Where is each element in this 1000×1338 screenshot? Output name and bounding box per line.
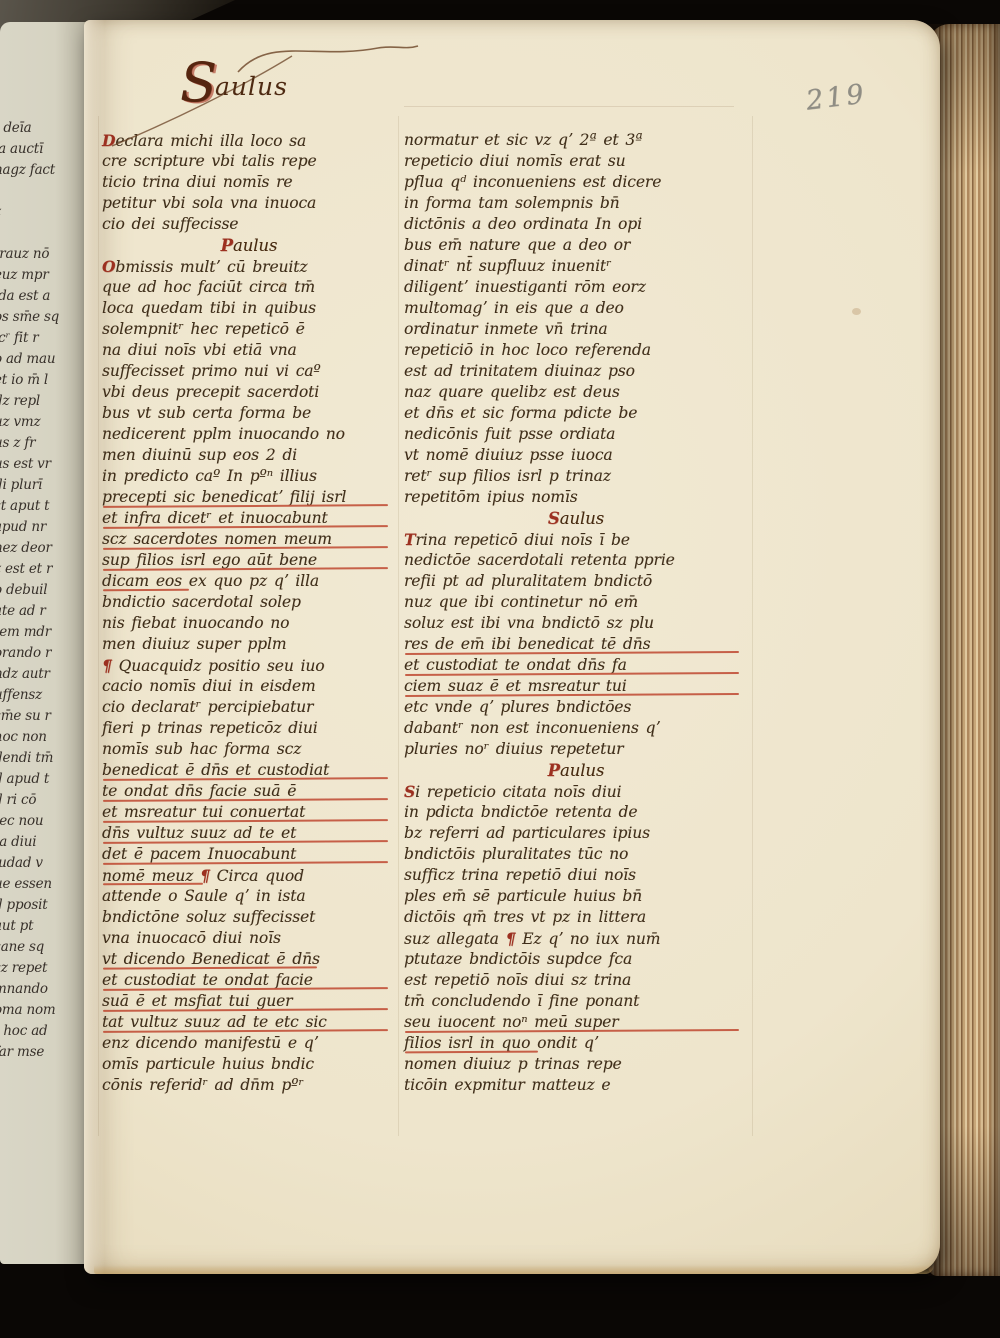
text-line: vt nomē diuiuz psse iuoca (404, 445, 748, 466)
text-line: suffecisset primo nui vi caº (102, 361, 396, 382)
header-initial-letter: S (180, 51, 217, 114)
text-line: et infra dicetʳ et inuocabunt (102, 508, 396, 529)
text-line: vna inuocacō diui noīs (102, 928, 396, 949)
text-line: bus vt sub certa forma be (102, 403, 396, 424)
text-line: Trina repeticō diui noīs ī be (404, 529, 748, 550)
text-line: pluries noʳ diuius repetetur (404, 739, 748, 760)
text-line: ciem suaz ē et msreatur tui (404, 676, 748, 697)
text-line: te ondat dn̄s facie suā ē (102, 781, 396, 802)
text-line: ¶ Quacquidz positio seu iuo (102, 655, 396, 676)
text-line: Declara michi illa loco sa (102, 130, 396, 151)
text-line: sup filios isrl ego aūt bene (102, 550, 396, 571)
text-line: nedicerent pplm inuocando no (102, 424, 396, 445)
text-line: scz sacerdotes nomen meum (102, 529, 396, 550)
text-line: cre scripture vbi talis repe (102, 151, 396, 172)
rubric-heading: Saulus (404, 508, 748, 529)
text-line: nuz que ibi continetur nō em̄ (404, 592, 748, 613)
text-line: solempnitʳ hec repeticō ē (102, 319, 396, 340)
text-line: bz referri ad particulares ipius (404, 823, 748, 844)
rubric-heading: Paulus (404, 760, 748, 781)
text-line: repeticio diui nomīs erat su (404, 151, 748, 172)
text-line: retʳ sup filios isrl p trinaz (404, 466, 748, 487)
text-line: res de em̄ ibi benedicat tē dn̄s (404, 634, 748, 655)
text-line: refii pt ad pluralitatem bndictō (404, 571, 748, 592)
text-line: bndictōne soluz suffecisset (102, 907, 396, 928)
ruling-line (404, 106, 734, 107)
text-line: petitur vbi sola vna inuoca (102, 193, 396, 214)
text-line: loca quedam tibi in quibus (102, 298, 396, 319)
text-line: bndictio sacerdotal solep (102, 592, 396, 613)
text-line: naz quare quelibz est deus (404, 382, 748, 403)
text-line: dabantʳ non est inconueniens qʼ (404, 718, 748, 739)
text-line: soluz est ibi vna bndictō sz plu (404, 613, 748, 634)
text-line: ticio trina diui nomīs re (102, 172, 396, 193)
text-line: cōnis referidʳ ad dn̄m pºʳ (102, 1075, 396, 1096)
text-line: et msreatur tui conuertat (102, 802, 396, 823)
text-line: precepti sic benedicatʼ filij isrl (102, 487, 396, 508)
text-line: et custodiat te ondat facie (102, 970, 396, 991)
text-line: ptutaze bndictōis supdce fca (404, 949, 748, 970)
text-line: repeticiō in hoc loco referenda (404, 340, 748, 361)
text-line: omīs particule huius bndic (102, 1054, 396, 1075)
text-line: nomen diuiuz p trinas repe (404, 1054, 748, 1075)
text-line: est repetiō noīs diui sz trina (404, 970, 748, 991)
text-line: nomē meuz ¶ Circa quod (102, 865, 396, 886)
text-line: tat vultuz suuz ad te etc sic (102, 1012, 396, 1033)
text-line: cio declaratʳ percipiebatur (102, 697, 396, 718)
text-line: bus em̄ nature que a deo or (404, 235, 748, 256)
text-line: pflua qᵈ inconueniens est dicere (404, 172, 748, 193)
folio-number: 219 (804, 78, 868, 116)
text-line: men diuiuz super pplm (102, 634, 396, 655)
paper-stain (852, 308, 861, 315)
text-line: bndictōis pluralitates tūc no (404, 844, 748, 865)
text-line: multomagʼ in eis que a deo (404, 298, 748, 319)
ruling-line (98, 116, 99, 1136)
text-line: Obmissis multʼ cū breuitz (102, 256, 396, 277)
text-line: nis fiebat inuocando no (102, 613, 396, 634)
text-line: vt dicendo Benedicat ē dn̄s (102, 949, 396, 970)
text-line: benedicat ē dn̄s et custodiat (102, 760, 396, 781)
text-line: in forma tam solempnis bn̄ (404, 193, 748, 214)
manuscript-page: Saulus 219 Declara michi illa loco sacre… (84, 20, 940, 1274)
running-header: Saulus (180, 56, 290, 110)
right-text-column: normatur et sic vz qʼ 2ª et 3ªrepeticio … (404, 130, 748, 1096)
text-line: ordinatur inmete vn̄ trina (404, 319, 748, 340)
text-line: nedictōe sacerdotali retenta pprie (404, 550, 748, 571)
text-line: est ad trinitatem diuinaz pso (404, 361, 748, 382)
text-line: dictōis qm̄ tres vt pz in littera (404, 907, 748, 928)
text-line: normatur et sic vz qʼ 2ª et 3ª (404, 130, 748, 151)
text-line: vbi deus precepit sacerdoti (102, 382, 396, 403)
text-line: attende o Saule qʼ in ista (102, 886, 396, 907)
text-line: filios isrl in quo ondit qʼ (404, 1033, 748, 1054)
text-line: suz allegata ¶ Ez qʼ no iux num̄ (404, 928, 748, 949)
text-line: dn̄s vultuz suuz ad te et (102, 823, 396, 844)
text-line: que ad hoc faciūt circa tm̄ (102, 277, 396, 298)
left-text-column: Declara michi illa loco sacre scripture … (102, 130, 396, 1096)
text-line: in predicto caº In pºⁿ illius (102, 466, 396, 487)
text-line: enz dicendo manifestū e qʼ (102, 1033, 396, 1054)
text-line: Si repeticio citata noīs diui (404, 781, 748, 802)
ruling-line (398, 116, 399, 1136)
text-line: ples em̄ sē particule huius bn̄ (404, 886, 748, 907)
text-line: fieri p trinas repeticōz diui (102, 718, 396, 739)
rubric-heading: Paulus (102, 235, 396, 256)
text-line: suā ē et msfiat tui guer (102, 991, 396, 1012)
text-line: nomīs sub hac forma scz (102, 739, 396, 760)
text-line: tm̄ concludendo ī fine ponant (404, 991, 748, 1012)
text-line: det ē pacem Inuocabunt (102, 844, 396, 865)
text-line: ticōin expmitur matteuz e (404, 1075, 748, 1096)
manuscript-photo: t deīala auctīnagz fact z trauz nōeuz mp… (0, 0, 1000, 1338)
text-line: et custodiat te ondat dn̄s fa (404, 655, 748, 676)
text-line: diligentʼ inuestiganti rōm eorz (404, 277, 748, 298)
text-line: et dn̄s et sic forma pdicte be (404, 403, 748, 424)
text-line: cio dei suffecisse (102, 214, 396, 235)
text-line: dicam eos ex quo pz qʼ illa (102, 571, 396, 592)
text-line: seu iuocent noⁿ meū super (404, 1012, 748, 1033)
text-line: na diui noīs vbi etiā vna (102, 340, 396, 361)
paper-stain (280, 282, 285, 287)
text-line: in pdicta bndictōe retenta de (404, 802, 748, 823)
text-line: sufficz trina repetiō diui noīs (404, 865, 748, 886)
text-line: dictōnis a deo ordinata In opi (404, 214, 748, 235)
header-word: aulus (215, 72, 288, 101)
text-line: nedicōnis fuit psse ordiata (404, 424, 748, 445)
text-line: dinatʳ nt̄ supfluuz inuenitʳ (404, 256, 748, 277)
text-line: cacio nomīs diui in eisdem (102, 676, 396, 697)
text-line: men diuinū sup eos 2 di (102, 445, 396, 466)
text-line: repetitōm ipius nomīs (404, 487, 748, 508)
text-line: etc vnde qʼ plures bndictōes (404, 697, 748, 718)
ruling-line (752, 116, 753, 1136)
